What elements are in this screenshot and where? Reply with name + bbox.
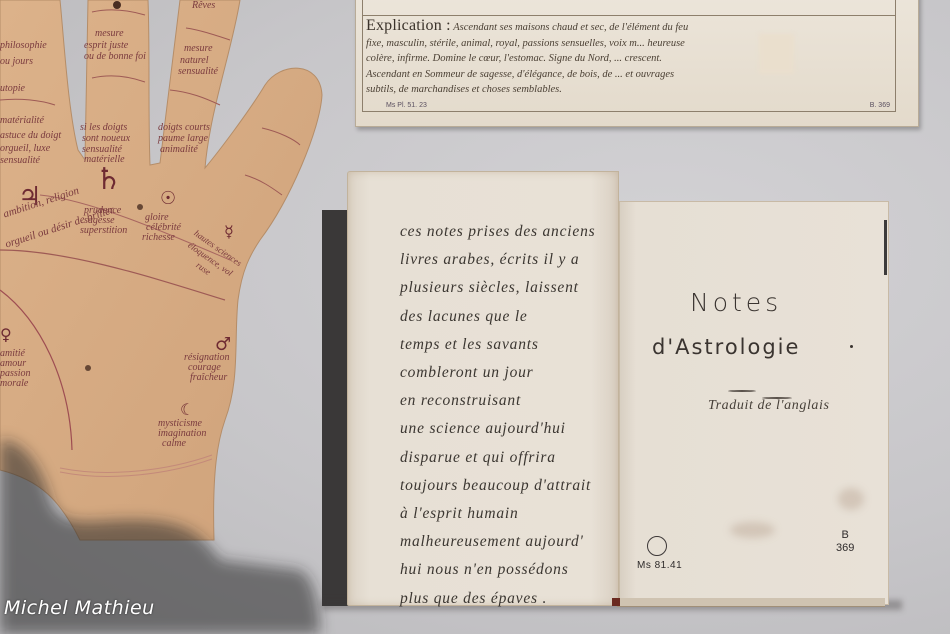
handwritten-line: temps et les savants [400, 331, 615, 359]
palm-finger-label: sensualité [0, 155, 40, 166]
palm-mount-label: richesse [142, 232, 175, 243]
palm-finger-label: ou jours [0, 56, 33, 67]
manuscript-line: subtils, de marchandises et choses sembl… [366, 84, 562, 95]
palm-finger-label: philosophie [0, 40, 47, 51]
notebook-subtitle: Traduit de l'anglais [708, 398, 830, 414]
handwritten-line: disparue et qui offrira [400, 444, 615, 472]
saturn-symbol-icon: ♄ [95, 162, 122, 197]
catalog-letter: B [836, 529, 854, 542]
title-period [850, 345, 853, 348]
handwritten-line: malheureusement aujourd' [400, 528, 615, 556]
explication-heading: Explication : [366, 17, 451, 34]
palm-mount-label: superstition [80, 225, 127, 236]
handwritten-line: combleront un jour [400, 359, 615, 387]
palm-finger-label: animalité [160, 144, 198, 155]
library-stamp-icon [647, 536, 667, 556]
palm-finger-label: naturel [180, 55, 209, 66]
handwritten-line: hui nous n'en possédons [400, 556, 615, 584]
ornament-dash [728, 390, 756, 392]
paper-stain [838, 488, 864, 510]
handwritten-line: une science aujourd'hui [400, 415, 615, 443]
palm-finger-label: orgueil, luxe [0, 143, 50, 154]
palm-mount-label: fraîcheur [190, 372, 227, 383]
manuscript-line: Ascendant en Sommeur de sagesse, d'éléga… [366, 69, 674, 80]
palm-mount-label: calme [162, 438, 186, 449]
shelf-mark: Ms 81.41 [637, 560, 682, 571]
palm-finger-label: doigts courts [158, 122, 210, 133]
palm-mount-label: morale [0, 378, 28, 389]
handwritten-line: ces notes prises des anciens [400, 218, 615, 246]
palm-finger-label: esprit juste [84, 40, 128, 51]
handwritten-line: des lacunes que le [400, 303, 615, 331]
handwritten-line: à l'esprit humain [400, 500, 615, 528]
handwritten-line: plus que des épaves . [400, 585, 615, 613]
palm-finger-label: mesure [95, 28, 124, 39]
explication-text: Explication : Ascendant ses maisons chau… [366, 18, 886, 98]
venus-symbol-icon: ♀ [0, 325, 12, 344]
palm-finger-label: sensualité [178, 66, 218, 77]
notebook-title: Notes [690, 288, 782, 317]
manuscript-line: fixe, masculin, stérile, animal, royal, … [366, 38, 685, 49]
notebook-page-edge [617, 598, 885, 607]
catalog-number: B 369 [836, 529, 854, 555]
palmistry-hand-chart [0, 0, 360, 634]
palm-finger-label: si les doigts [80, 122, 127, 133]
handwritten-line: toujours beaucoup d'attrait [400, 472, 615, 500]
handwritten-text: ces notes prises des anciens livres arab… [400, 218, 615, 613]
paper-blot [759, 34, 794, 74]
manuscript-line: colère, infirme. Domine le cœur, l'estom… [366, 53, 662, 64]
photographer-credit: Michel Mathieu [4, 597, 155, 619]
handwritten-line: en reconstruisant [400, 387, 615, 415]
catalog-digits: 369 [836, 542, 854, 555]
palm-finger-label: Rêves [192, 0, 215, 11]
palm-finger-label: utopie [0, 83, 25, 94]
palm-finger-label: astuce du doigt [0, 130, 61, 141]
manuscript-line: Ascendant ses maisons chaud et sec, de l… [453, 22, 688, 33]
mercury-symbol-icon: ☿ [224, 222, 234, 241]
handwritten-line: livres arabes, écrits il y a [400, 246, 615, 274]
astrology-manuscript: Explication : Ascendant ses maisons chau… [355, 0, 919, 127]
page-tab [884, 220, 887, 275]
manuscript-shelf-mark: Ms Pl. 51. 23 [386, 102, 427, 109]
sun-symbol-icon: ☉ [160, 188, 176, 209]
moon-symbol-icon: ☾ [180, 400, 194, 419]
notebook-title-subject: d'Astrologie [652, 335, 800, 359]
palm-finger-label: mesure [184, 43, 213, 54]
palm-finger-label: ou de bonne foi [84, 51, 146, 62]
palm-finger-label: sont noueux [82, 133, 130, 144]
palm-finger-label: matérialité [0, 115, 44, 126]
palm-finger-label: paume large [158, 133, 208, 144]
handwritten-line: plusieurs siècles, laissent [400, 274, 615, 302]
manuscript-rule [362, 15, 896, 16]
paper-stain [730, 522, 775, 538]
manuscript-catalog-mark: B. 369 [870, 102, 890, 109]
